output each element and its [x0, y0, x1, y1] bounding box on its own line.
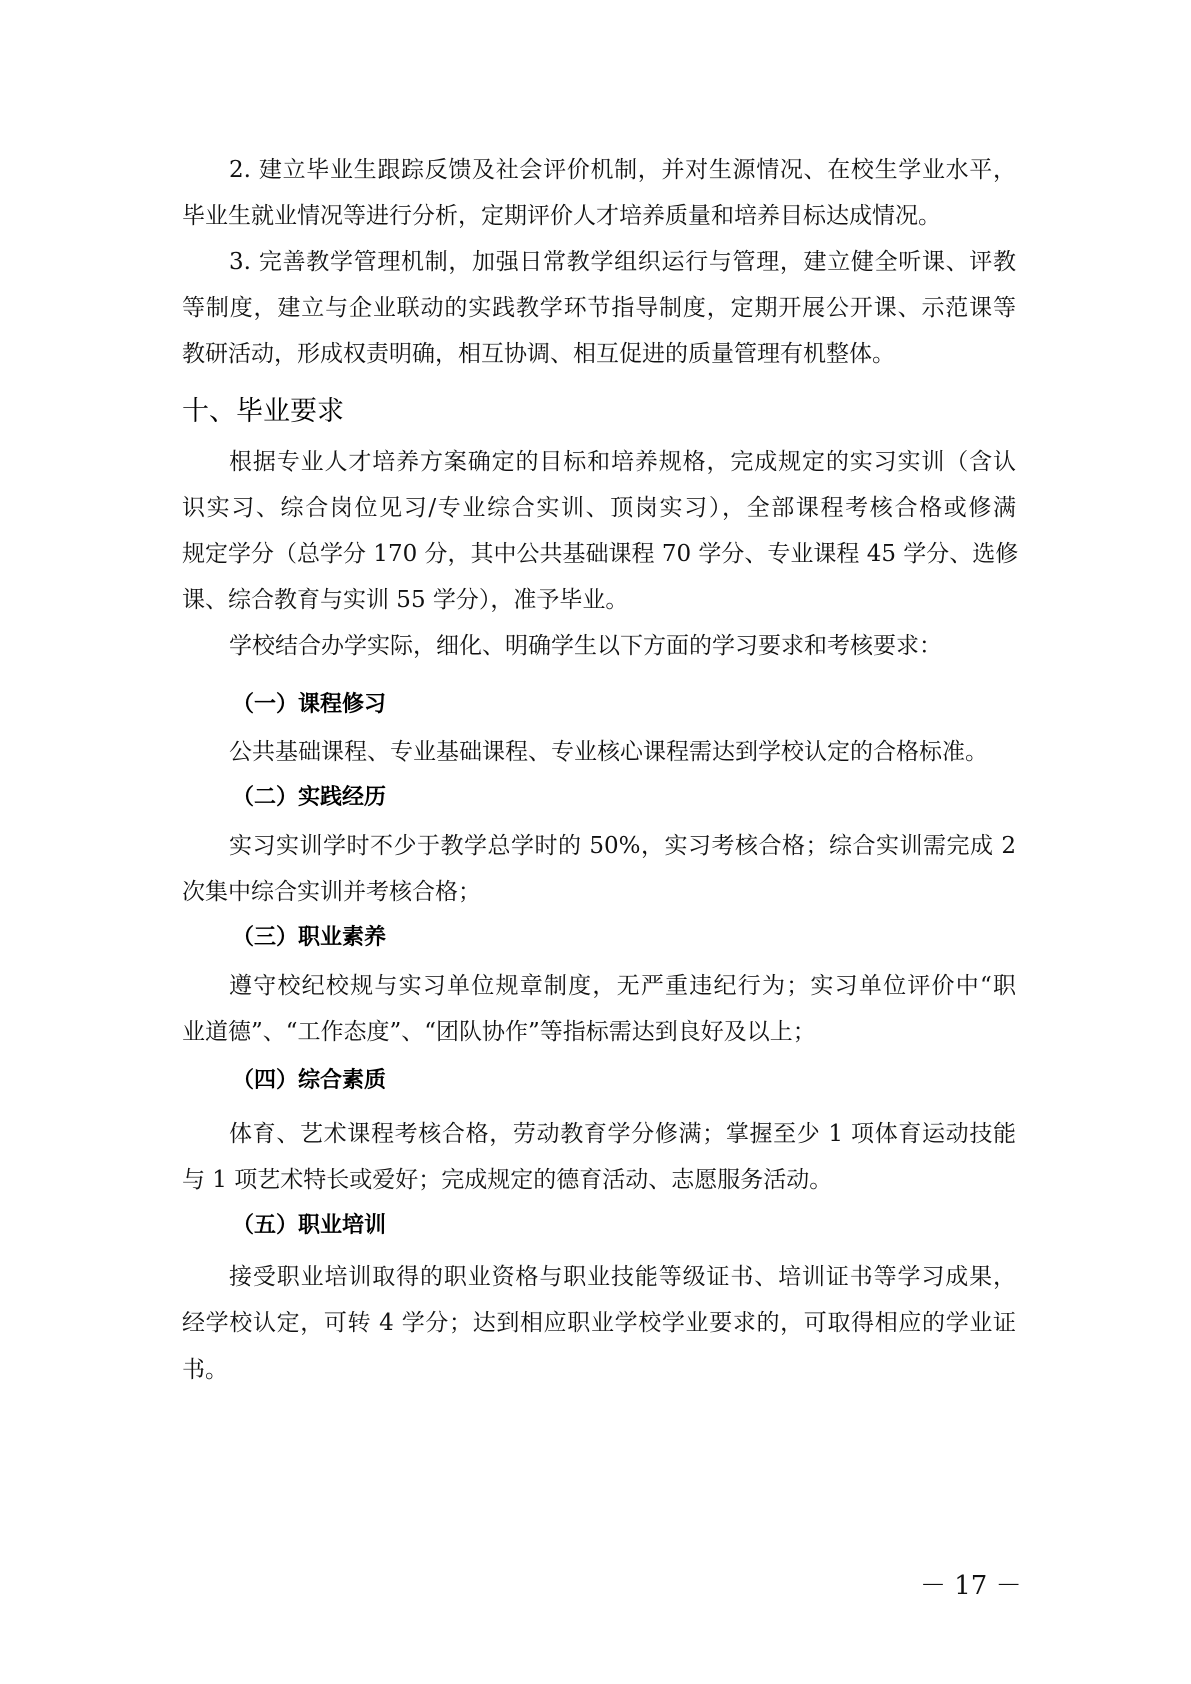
section-title: 十、毕业要求: [182, 392, 344, 432]
paragraph-line: 遵守校纪校规与实习单位规章制度，无严重违纪行为；实习单位评价中“职: [182, 966, 1016, 1006]
paragraph-line: 规定学分（总学分 170 分，其中公共基础课程 70 学分、专业课程 45 学分…: [182, 534, 1016, 574]
subsection-title: （三）职业素养: [232, 918, 386, 958]
paragraph-line: 毕业生就业情况等进行分析，定期评价人才培养质量和培养目标达成情况。: [182, 196, 1016, 236]
subsection-title: （一）课程修习: [232, 685, 386, 725]
paragraph-line: 2. 建立毕业生跟踪反馈及社会评价机制，并对生源情况、在校生学业水平，: [182, 150, 1016, 190]
paragraph-line: 根据专业人才培养方案确定的目标和培养规格，完成规定的实习实训（含认: [182, 442, 1016, 482]
paragraph-line: 次集中综合实训并考核合格；: [182, 872, 1016, 912]
paragraph-line: 3. 完善教学管理机制，加强日常教学组织运行与管理，建立健全听课、评教: [182, 242, 1016, 282]
paragraph-line: 学校结合办学实际，细化、明确学生以下方面的学习要求和考核要求：: [182, 626, 1016, 666]
paragraph-line: 书。: [182, 1350, 1016, 1390]
paragraph-line: 接受职业培训取得的职业资格与职业技能等级证书、培训证书等学习成果，: [182, 1257, 1016, 1297]
paragraph-line: 体育、艺术课程考核合格，劳动教育学分修满；掌握至少 1 项体育运动技能: [182, 1114, 1016, 1154]
paragraph-line: 业道德”、“工作态度”、“团队协作”等指标需达到良好及以上；: [182, 1012, 1016, 1052]
paragraph-line: 课、综合教育与实训 55 学分），准予毕业。: [182, 580, 1016, 620]
paragraph-line: 等制度，建立与企业联动的实践教学环节指导制度，定期开展公开课、示范课等: [182, 288, 1016, 328]
paragraph-line: 实习实训学时不少于教学总学时的 50%，实习考核合格；综合实训需完成 2: [182, 826, 1016, 866]
paragraph-line: 与 1 项艺术特长或爱好；完成规定的德育活动、志愿服务活动。: [182, 1160, 1016, 1200]
document-page: 2. 建立毕业生跟踪反馈及社会评价机制，并对生源情况、在校生学业水平， 毕业生就…: [0, 0, 1191, 1684]
subsection-title: （四）综合素质: [232, 1061, 386, 1101]
paragraph-line: 教研活动，形成权责明确，相互协调、相互促进的质量管理有机整体。: [182, 334, 1016, 374]
subsection-title: （五）职业培训: [232, 1206, 386, 1246]
subsection-title: （二）实践经历: [232, 778, 386, 818]
paragraph-line: 识实习、综合岗位见习/专业综合实训、顶岗实习），全部课程考核合格或修满: [182, 488, 1016, 528]
page-number: － 17 －: [920, 1568, 1020, 1604]
paragraph-line: 经学校认定，可转 4 学分；达到相应职业学校学业要求的，可取得相应的学业证: [182, 1303, 1016, 1343]
paragraph-line: 公共基础课程、专业基础课程、专业核心课程需达到学校认定的合格标准。: [182, 732, 1016, 772]
